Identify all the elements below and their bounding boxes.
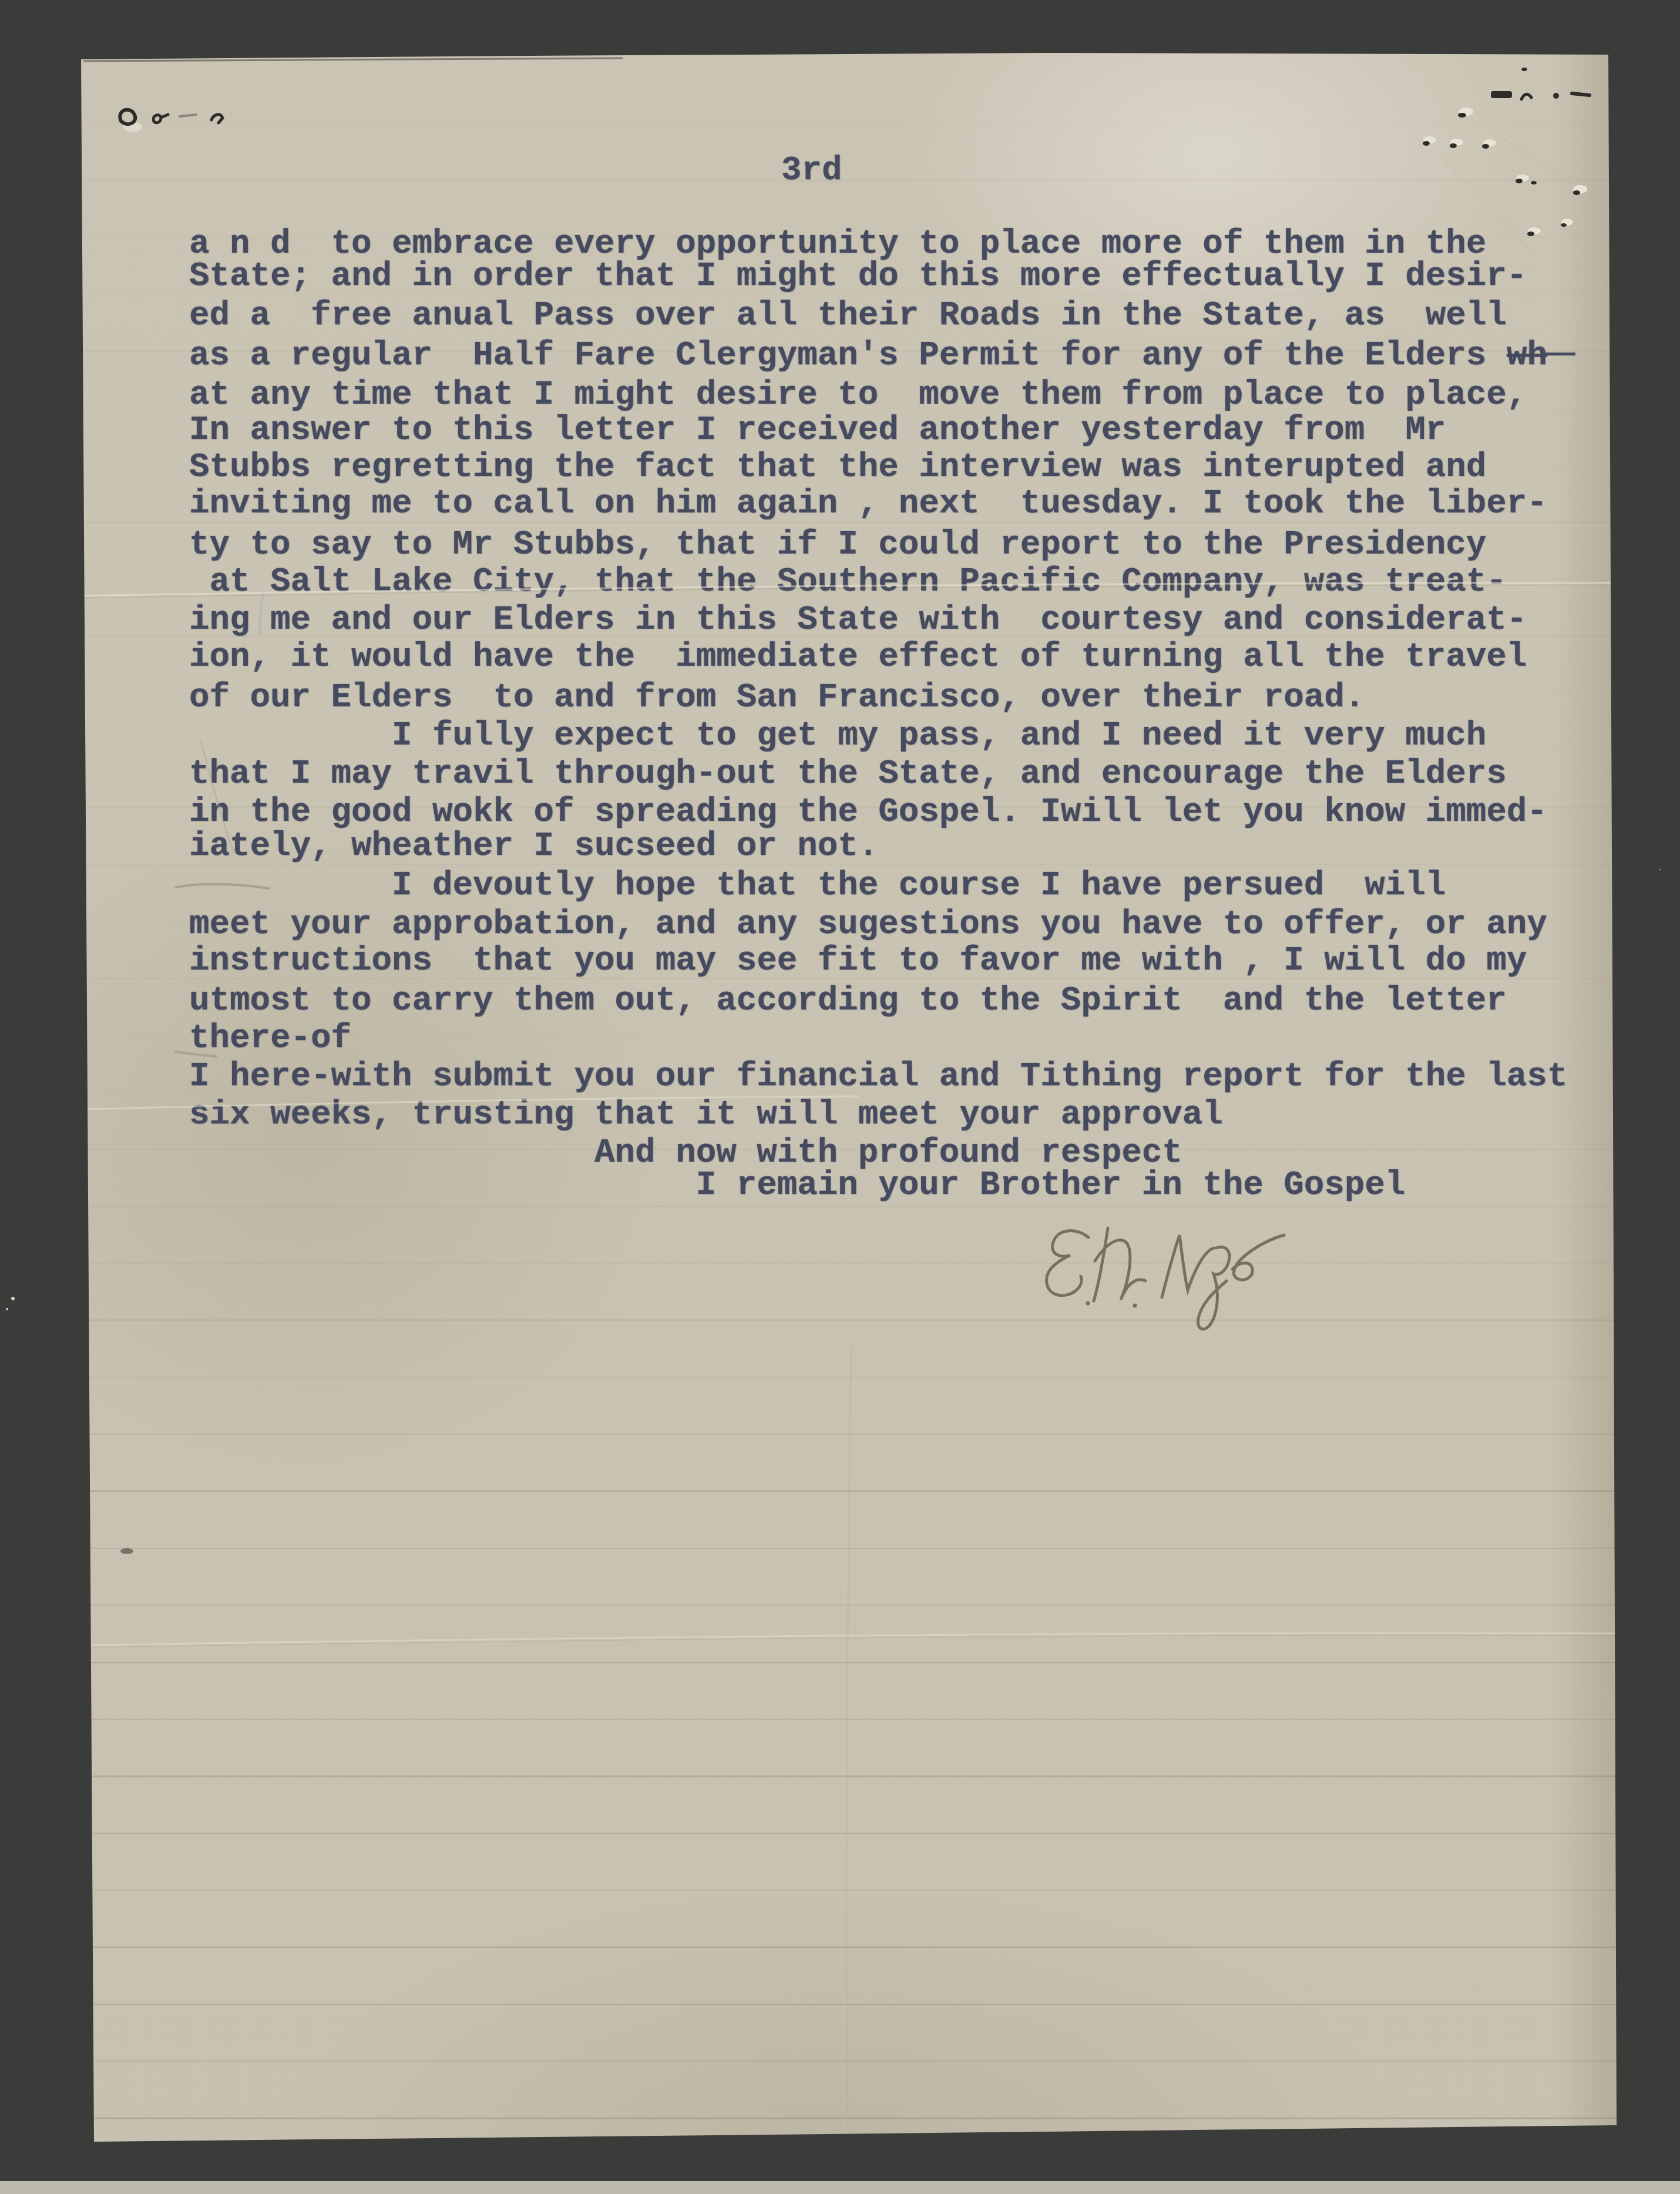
crease-marks: [82, 123, 1615, 2139]
paper-edge-shadow: [83, 58, 623, 61]
scanned-letter-page-3: 3rd a n d to embrace every opportunity t…: [0, 0, 1680, 2194]
letter-page: 3rd a n d to embrace every opportunity t…: [0, 0, 1680, 2194]
ink-marks: [120, 91, 1590, 1554]
signature: [1031, 1210, 1301, 1346]
paper-marks: [0, 0, 1680, 2194]
signature-strokes: [1047, 1228, 1284, 1329]
pencil-marks: [175, 595, 269, 1056]
scan-edge-strip: [0, 2181, 1680, 2194]
